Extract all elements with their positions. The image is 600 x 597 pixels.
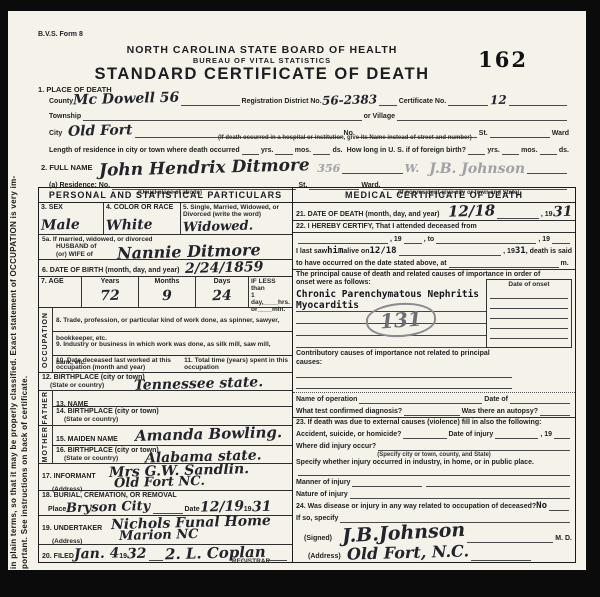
burial-date-label: Date <box>185 506 200 514</box>
date-of-label: Date of <box>484 396 508 404</box>
undertaker-label: 19. UNDERTAKER <box>42 525 102 532</box>
filed-year-value: 32 <box>127 547 147 562</box>
marital-value: Widowed. <box>183 219 290 235</box>
principal-cause-label-2: onset were as follows: <box>296 279 486 287</box>
manner-of-injury-label: Manner of injury <box>296 479 350 487</box>
certificate-no-label: Certificate No. <box>399 98 446 106</box>
father-name-label: 13. NAME <box>56 401 88 408</box>
lastsaw-him: him <box>327 246 343 256</box>
medical-title: MEDICAL CERTIFICATE OF DEATH <box>293 188 575 203</box>
occupation-item10: 10. Date deceased last worked at this oc… <box>56 357 184 371</box>
certify-19a: , 19 <box>390 236 402 244</box>
certify-label: 22. I HEREBY CERTIFY, That I attended de… <box>296 223 477 231</box>
item24-label: 24. Was disease or injury in any way rel… <box>296 503 536 511</box>
principal-cause-label-1: The principal cause of death and related… <box>296 271 572 279</box>
certify-to: , to <box>424 236 435 244</box>
operation-label: Name of operation <box>296 396 357 404</box>
days-label: Days <box>198 278 246 286</box>
age-label: 7. AGE <box>41 278 79 286</box>
margin-note-line2: portant. See instructions on back of cer… <box>20 161 29 569</box>
certificate-no-value: 12 <box>490 94 507 106</box>
item24-answer: No <box>536 501 547 511</box>
father-side-label: FATHER <box>39 391 53 424</box>
burial-date-value: 12/19 <box>200 499 244 514</box>
full-name-value: John Hendrix Ditmore <box>98 157 309 180</box>
birthplace-value: Tennessee state. <box>134 375 263 392</box>
autopsy-label: Was there an autopsy? <box>462 408 538 416</box>
undertaker-address-value: Marion NC <box>119 528 199 543</box>
margin-note-line1: in plain terms, so that it may be proper… <box>9 39 18 569</box>
date-of-death-label: 21. DATE OF DEATH (month, day, and year) <box>296 211 440 219</box>
personal-title: PERSONAL AND STATISTICAL PARTICULARS <box>39 188 292 203</box>
mother-maiden-label: 15. MAIDEN NAME <box>56 436 118 443</box>
pencil-number: 356 <box>317 162 340 175</box>
signed-label: (Signed) <box>304 535 332 543</box>
ifless-label-1: IF LESS than <box>251 278 290 292</box>
street-label: St. <box>479 130 488 138</box>
mother-side-label: MOTHER <box>39 426 53 463</box>
sex-label: 3. SEX <box>41 204 101 212</box>
contributory-label-1: Contributory causes of importance not re… <box>296 350 572 358</box>
township-label: Township <box>49 113 81 121</box>
age-years: 72 <box>84 288 136 303</box>
personal-column: PERSONAL AND STATISTICAL PARTICULARS 3. … <box>39 188 293 562</box>
race-label: 4. COLOR OR RACE <box>106 204 178 212</box>
lastsaw-year: 31 <box>515 246 526 256</box>
ds-label: ds. <box>332 147 342 155</box>
county-label: County <box>49 98 73 106</box>
lastsaw-mid: alive on <box>343 248 369 256</box>
cause-of-death-1: Chronic Parenchymatous Nephritis <box>296 289 486 300</box>
occupation-item11: 11. Total time (years) spent in this occ… <box>184 357 289 371</box>
pencil-w: W. <box>405 162 419 175</box>
injury-19: , 19 <box>540 431 552 439</box>
age-days: 24 <box>198 288 246 303</box>
scanned-death-certificate: { "scan": { "form_no": "B.V.S. Form 8", … <box>0 0 600 597</box>
filed-label: 20. FILED <box>42 553 74 561</box>
item23-label: 23. If death was due to external causes … <box>296 419 541 427</box>
yrs-label: yrs. <box>261 147 273 155</box>
race-value: White <box>106 217 178 233</box>
ds-label2: ds. <box>559 147 569 155</box>
informant-label: 17. INFORMANT <box>42 473 96 480</box>
signature-address-label: (Address) <box>308 553 341 561</box>
district-label: Registration District No. <box>242 98 322 106</box>
dob-label: 6. DATE OF BIRTH (month, day, and year) <box>42 267 179 275</box>
mos-label: mos. <box>295 147 311 155</box>
months-label: Months <box>141 278 193 286</box>
mother-maiden-value: Amanda Bowling. <box>135 425 283 444</box>
lastsaw-post: , death is said <box>526 248 572 256</box>
medical-column: MEDICAL CERTIFICATE OF DEATH 21. DATE OF… <box>293 188 575 562</box>
mos-label2: mos. <box>521 147 537 155</box>
specify-whether-label: Specify whether injury occurred in indus… <box>296 459 534 467</box>
lastsaw-pre: I last saw <box>296 248 327 256</box>
registrar-signature: 2. L. Coplan <box>164 545 265 563</box>
father-birthplace-label: 14. BIRTHPLACE (city or town) <box>56 408 289 416</box>
lastsaw-date: 12/18 <box>369 246 396 256</box>
contributory-label-2: causes: <box>296 359 572 367</box>
test-label: What test confirmed diagnosis? <box>296 408 402 416</box>
village-label: or Village <box>364 113 395 121</box>
injury-date-label: Date of injury <box>449 431 494 439</box>
date-of-death-value: 12/18 <box>447 203 495 219</box>
burial-place-value: Bryson City <box>66 500 151 515</box>
pencil-doctor-name: J.B. Johnson <box>429 161 525 177</box>
date-of-onset-box: Date of onset <box>486 279 572 348</box>
nature-of-injury-label: Nature of injury <box>296 491 348 499</box>
age-months: 9 <box>141 288 193 303</box>
date-of-onset-label: Date of onset <box>490 281 568 288</box>
form-body: PERSONAL AND STATISTICAL PARTICULARS 3. … <box>38 187 576 563</box>
yrs-label2: yrs. <box>487 147 499 155</box>
sex-value: Male <box>41 217 101 233</box>
certificate-paper: in plain terms, so that it may be proper… <box>8 11 586 570</box>
lastsaw-19: , 19 <box>503 248 515 256</box>
residence-length-label: Length of residence in city or town wher… <box>49 147 240 155</box>
dod-year-value: 31 <box>552 205 572 220</box>
ifless-label-2: 1 day,____hrs. <box>251 292 290 306</box>
occupation-side-label: OCCUPATION <box>39 308 53 372</box>
district-value: 56-2383 <box>322 93 377 106</box>
org-name: NORTH CAROLINA STATE BOARD OF HEALTH <box>8 44 516 56</box>
accident-label: Accident, suicide, or homicide? <box>296 431 401 439</box>
certificate-title: STANDARD CERTIFICATE OF DEATH <box>8 65 516 84</box>
years-label: Years <box>84 278 136 286</box>
form-number: B.V.S. Form 8 <box>38 31 83 38</box>
certificate-stamp-number: 162 <box>478 47 528 72</box>
signature-address-value: Old Fort, N.C. <box>346 543 468 562</box>
ward-label: Ward <box>552 130 569 138</box>
county-value: Mc Dowell 56 <box>73 91 180 108</box>
burial-place-label: Place <box>48 506 66 514</box>
bureau-name: BUREAU OF VITAL STATISTICS <box>8 56 516 65</box>
occurred-label: to have occurred on the date stated abov… <box>296 260 447 268</box>
us-length-label: How long in U. S. if of foreign birth? <box>347 147 466 155</box>
dob-value: 2/24/1859 <box>185 260 264 276</box>
md-label: M. D. <box>555 535 572 543</box>
hospital-note: (If death occurred in a hospital or inst… <box>218 135 472 141</box>
occurred-m: m. <box>561 260 569 268</box>
filed-date-value: Jan. 4 <box>74 546 120 561</box>
certify-19b: , 19 <box>538 236 550 244</box>
full-name-label: 2. FULL NAME <box>41 164 93 173</box>
city-label: City <box>49 130 62 138</box>
city-value: Old Fort <box>68 123 133 139</box>
ifso-label: If so, specify <box>296 515 338 523</box>
where-injury-label: Where did injury occur? <box>296 443 376 451</box>
informant-address-value: Old Fort NC. <box>114 475 205 490</box>
marital-label: 5. Single, Married, Widowed, or Divorced… <box>183 204 290 218</box>
father-birthplace-sub: (State or country) <box>64 416 289 423</box>
filed-year-preprint: 19 <box>119 553 127 561</box>
dod-year-preprint: , 19 <box>541 211 553 219</box>
